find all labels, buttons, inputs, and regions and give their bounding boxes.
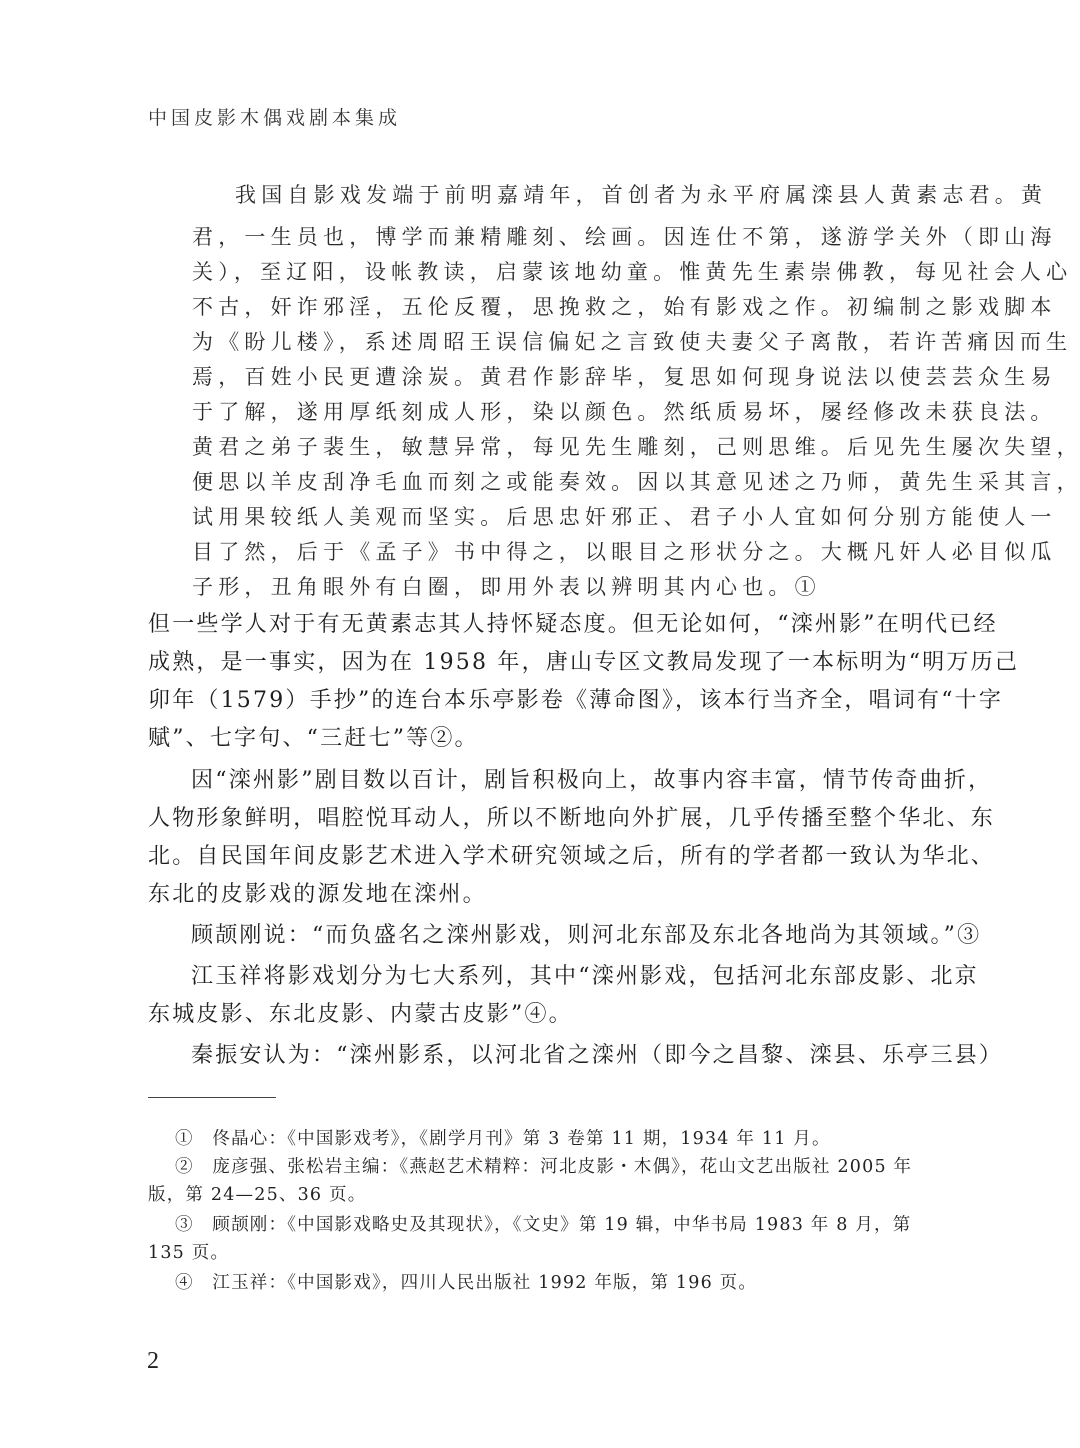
footnote-line: ② 庞彦强、张松岩主编：《燕赵艺术精粹：河北皮影・木偶》，花山文艺出版社 200… bbox=[175, 1155, 912, 1179]
body-line: 赋”、七字句、“三赶七”等②。 bbox=[148, 724, 479, 754]
quote-line: 黄君之弟子裴生，敏慧异常，每见先生雕刻，己则思维。后见先生屡次失望， bbox=[192, 432, 1080, 462]
body-line: 人物形象鲜明，唱腔悦耳动人，所以不断地向外扩展，几乎传播至整个华北、东 bbox=[148, 804, 995, 834]
quote-line: 目了然，后于《孟子》书中得之，以眼目之形状分之。大概凡奸人必目似瓜 bbox=[192, 537, 1057, 567]
quote-line: 试用果较纸人美观而坚实。后思忠奸邪正、君子小人宜如何分别方能使人一 bbox=[192, 502, 1057, 532]
footnote-line: ④ 江玉祥：《中国影戏》，四川人民出版社 1992 年版，第 196 页。 bbox=[175, 1271, 757, 1295]
page-number: 2 bbox=[147, 1348, 159, 1375]
body-line: 成熟，是一事实，因为在 1958 年，唐山专区文教局发现了一本标明为“明万历己 bbox=[148, 648, 1019, 678]
quote-line: 君，一生员也，博学而兼精雕刻、绘画。因连仕不第，遂游学关外（即山海 bbox=[192, 222, 1057, 252]
quote-line: 便思以羊皮刮净毛血而刻之或能奏效。因以其意见述之乃师，黄先生采其言， bbox=[192, 467, 1080, 497]
body-line: 因“滦州影”剧目数以百计，剧旨积极向上，故事内容丰富，情节传奇曲折， bbox=[191, 766, 992, 796]
body-line: 顾颉刚说：“而负盛名之滦州影戏，则河北东部及东北各地尚为其领域。”③ bbox=[191, 921, 981, 951]
footnote-line: 135 页。 bbox=[148, 1241, 229, 1265]
footnote-line: ③ 顾颉刚：《中国影戏略史及其现状》，《文史》第 19 辑，中华书局 1983 … bbox=[175, 1213, 911, 1237]
body-line: 秦振安认为：“滦州影系，以河北省之滦州（即今之昌黎、滦县、乐亭三县） bbox=[191, 1041, 1003, 1071]
quote-line: 不古，奸诈邪淫，五伦反覆，思挽救之，始有影戏之作。初编制之影戏脚本 bbox=[192, 292, 1057, 322]
footnote-divider bbox=[148, 1097, 276, 1098]
body-line: 北。自民国年间皮影艺术进入学术研究领域之后，所有的学者都一致认为华北、 bbox=[148, 842, 995, 872]
body-line: 但一些学人对于有无黄素志其人持怀疑态度。但无论如何，“滦州影”在明代已经 bbox=[148, 610, 998, 640]
quote-line: 焉，百姓小民更遭涂炭。黄君作影辞毕，复思如何现身说法以使芸芸众生易 bbox=[192, 362, 1057, 392]
body-line: 东城皮影、东北皮影、内蒙古皮影”④。 bbox=[148, 1000, 573, 1030]
body-line: 江玉祥将影戏划分为七大系列，其中“滦州影戏，包括河北东部皮影、北京 bbox=[191, 962, 979, 992]
body-line: 卯年（1579）手抄”的连台本乐亭影卷《薄命图》，该本行当齐全，唱词有“十字 bbox=[148, 686, 1003, 716]
quote-line: 我国自影戏发端于前明嘉靖年，首创者为永平府属滦县人黄素志君。黄 bbox=[235, 180, 1047, 210]
quote-line: 关），至辽阳，设帐教读，启蒙该地幼童。惟黄先生素崇佛教，每见社会人心 bbox=[192, 257, 1072, 287]
quote-line: 子形，丑角眼外有白圈，即用外表以辨明其内心也。① bbox=[192, 572, 821, 602]
footnote-line: 版，第 24—25、36 页。 bbox=[148, 1183, 366, 1207]
quote-line: 为《盼儿楼》，系述周昭王误信偏妃之言致使夫妻父子离散，若许苦痛因而生 bbox=[192, 327, 1072, 357]
footnote-line: ① 佟晶心：《中国影戏考》，《剧学月刊》第 3 卷第 11 期，1934 年 1… bbox=[175, 1127, 831, 1151]
quote-line: 于了解，遂用厚纸刻成人形，染以颜色。然纸质易坏，屡经修改未获良法。 bbox=[192, 397, 1057, 427]
running-header: 中国皮影木偶戏剧本集成 bbox=[148, 103, 401, 130]
body-line: 东北的皮影戏的源发地在滦州。 bbox=[148, 880, 487, 910]
